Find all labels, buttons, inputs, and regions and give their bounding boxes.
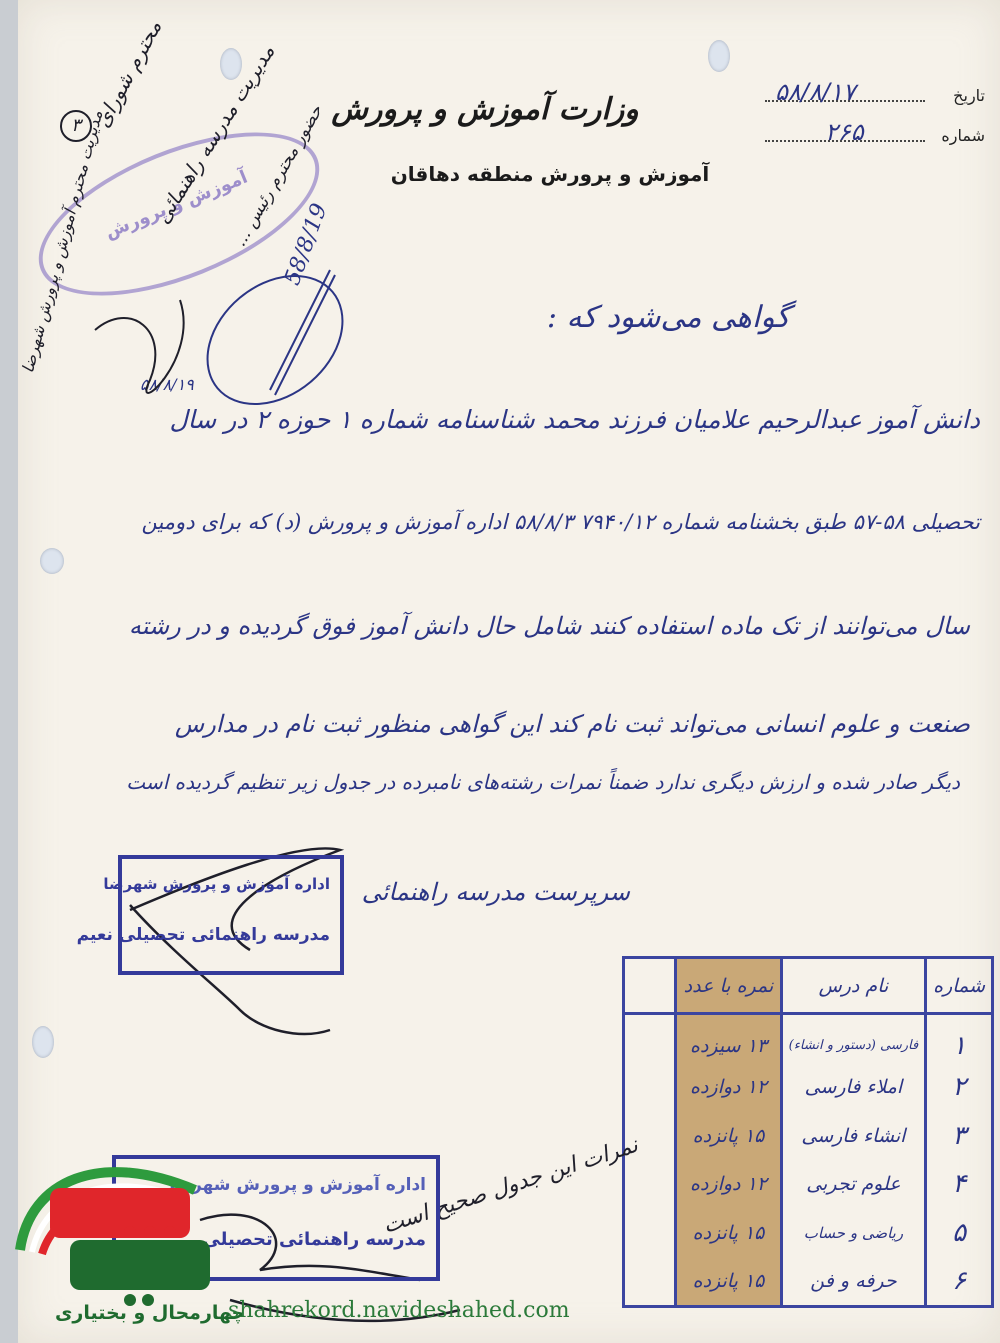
marked-date: ۵۸/۸/۱۹ — [140, 375, 194, 394]
circled-mark: ۳ — [60, 110, 92, 142]
row-number: ۱ — [926, 1014, 993, 1063]
number-value: ۲۶۵ — [825, 118, 864, 146]
signature-title: سرپرست مدرسه راهنمائی — [362, 878, 630, 906]
watermark-url: shahrekord.navideshahed.com — [228, 1298, 570, 1323]
row-grade: ۱۵ پانزده — [676, 1209, 781, 1258]
row-grade: ۱۵ پانزده — [676, 1111, 781, 1160]
table-row: ۶ حرفه و فن ۱۵ پانزده — [624, 1258, 993, 1307]
table-row: ۳ انشاء فارسی ۱۵ پانزده — [624, 1111, 993, 1160]
row-number: ۵ — [926, 1209, 993, 1258]
school-stamp: اداره آموزش و پرورش شهرضا مدرسه راهنمائی… — [118, 855, 344, 975]
row-grade: ۱۵ پانزده — [676, 1258, 781, 1307]
date-field: تاریخ ۵۸/۸/۱۷ — [765, 86, 985, 112]
certificate-opening: گواهی می‌شود که : — [547, 300, 790, 335]
row-number: ۴ — [926, 1160, 993, 1209]
punch-hole — [708, 40, 730, 72]
row-subject: انشاء فارسی — [781, 1111, 926, 1160]
body-line-3: سال می‌توانند از تک ماده استفاده کنند شا… — [129, 612, 970, 640]
header-subject: نام درس — [781, 958, 926, 1014]
row-blank — [624, 1062, 676, 1111]
row-blank — [624, 1258, 676, 1307]
body-line-1: دانش آموز عبدالرحیم علامیان فرزند محمد ش… — [170, 405, 980, 434]
row-blank — [624, 1014, 676, 1063]
grades-table: شماره نام درس نمره با عدد ۱ فارسی (دستور… — [622, 956, 994, 1308]
row-subject: املاء فارسی — [781, 1062, 926, 1111]
row-number: ۶ — [926, 1258, 993, 1307]
date-label: تاریخ — [953, 86, 985, 105]
bottom-stamp-line2: مدرسه راهنمائی تحصیلی — [202, 1229, 426, 1250]
row-subject: علوم تجربی — [781, 1160, 926, 1209]
school-stamp-line1: اداره آموزش و پرورش شهرضا — [103, 875, 330, 893]
body-line-2: تحصیلی ۵۸-۵۷ طبق بخشنامه شماره ۷۹۴۰/۱۲ ۵… — [141, 510, 980, 534]
table-row: ۴ علوم تجربی ۱۲ دوازده — [624, 1160, 993, 1209]
table-row: ۲ املاء فارسی ۱۲ دوازده — [624, 1062, 993, 1111]
row-subject: حرفه و فن — [781, 1258, 926, 1307]
table-row: ۱ فارسی (دستور و انشاء) ۱۳ سیزده — [624, 1014, 993, 1063]
row-grade: ۱۳ سیزده — [676, 1014, 781, 1063]
header-number: شماره — [926, 958, 993, 1014]
header-grade: نمره با عدد — [676, 958, 781, 1014]
table-row: ۵ ریاضی و حساب ۱۵ پانزده — [624, 1209, 993, 1258]
date-value: ۵۸/۸/۱۷ — [775, 78, 856, 106]
row-subject: ریاضی و حساب — [781, 1209, 926, 1258]
row-grade: ۱۲ دوازده — [676, 1062, 781, 1111]
row-grade: ۱۲ دوازده — [676, 1160, 781, 1209]
punch-hole — [40, 548, 64, 574]
logo-region-text: چهارمحال و بختیاری — [55, 1302, 245, 1324]
number-field: شماره ۲۶۵ — [765, 126, 985, 152]
ministry-title: وزارت آموزش و پرورش — [320, 92, 650, 127]
punch-hole — [32, 1026, 54, 1058]
row-number: ۳ — [926, 1111, 993, 1160]
row-subject: فارسی (دستور و انشاء) — [781, 1014, 926, 1063]
row-blank — [624, 1209, 676, 1258]
row-number: ۲ — [926, 1062, 993, 1111]
header-extra — [624, 958, 676, 1014]
row-blank — [624, 1160, 676, 1209]
number-label: شماره — [941, 126, 985, 145]
body-line-5: دیگر صادر شده و ارزش دیگری ندارد ضمناً ن… — [126, 770, 960, 794]
table-header-row: شماره نام درس نمره با عدد — [624, 958, 993, 1014]
body-line-4: صنعت و علوم انسانی می‌تواند ثبت نام کند … — [175, 710, 970, 738]
region-title: آموزش و پرورش منطقه دهاقان — [385, 162, 715, 186]
school-stamp-line2: مدرسه راهنمائی تحصیلی نعیم — [77, 925, 330, 945]
